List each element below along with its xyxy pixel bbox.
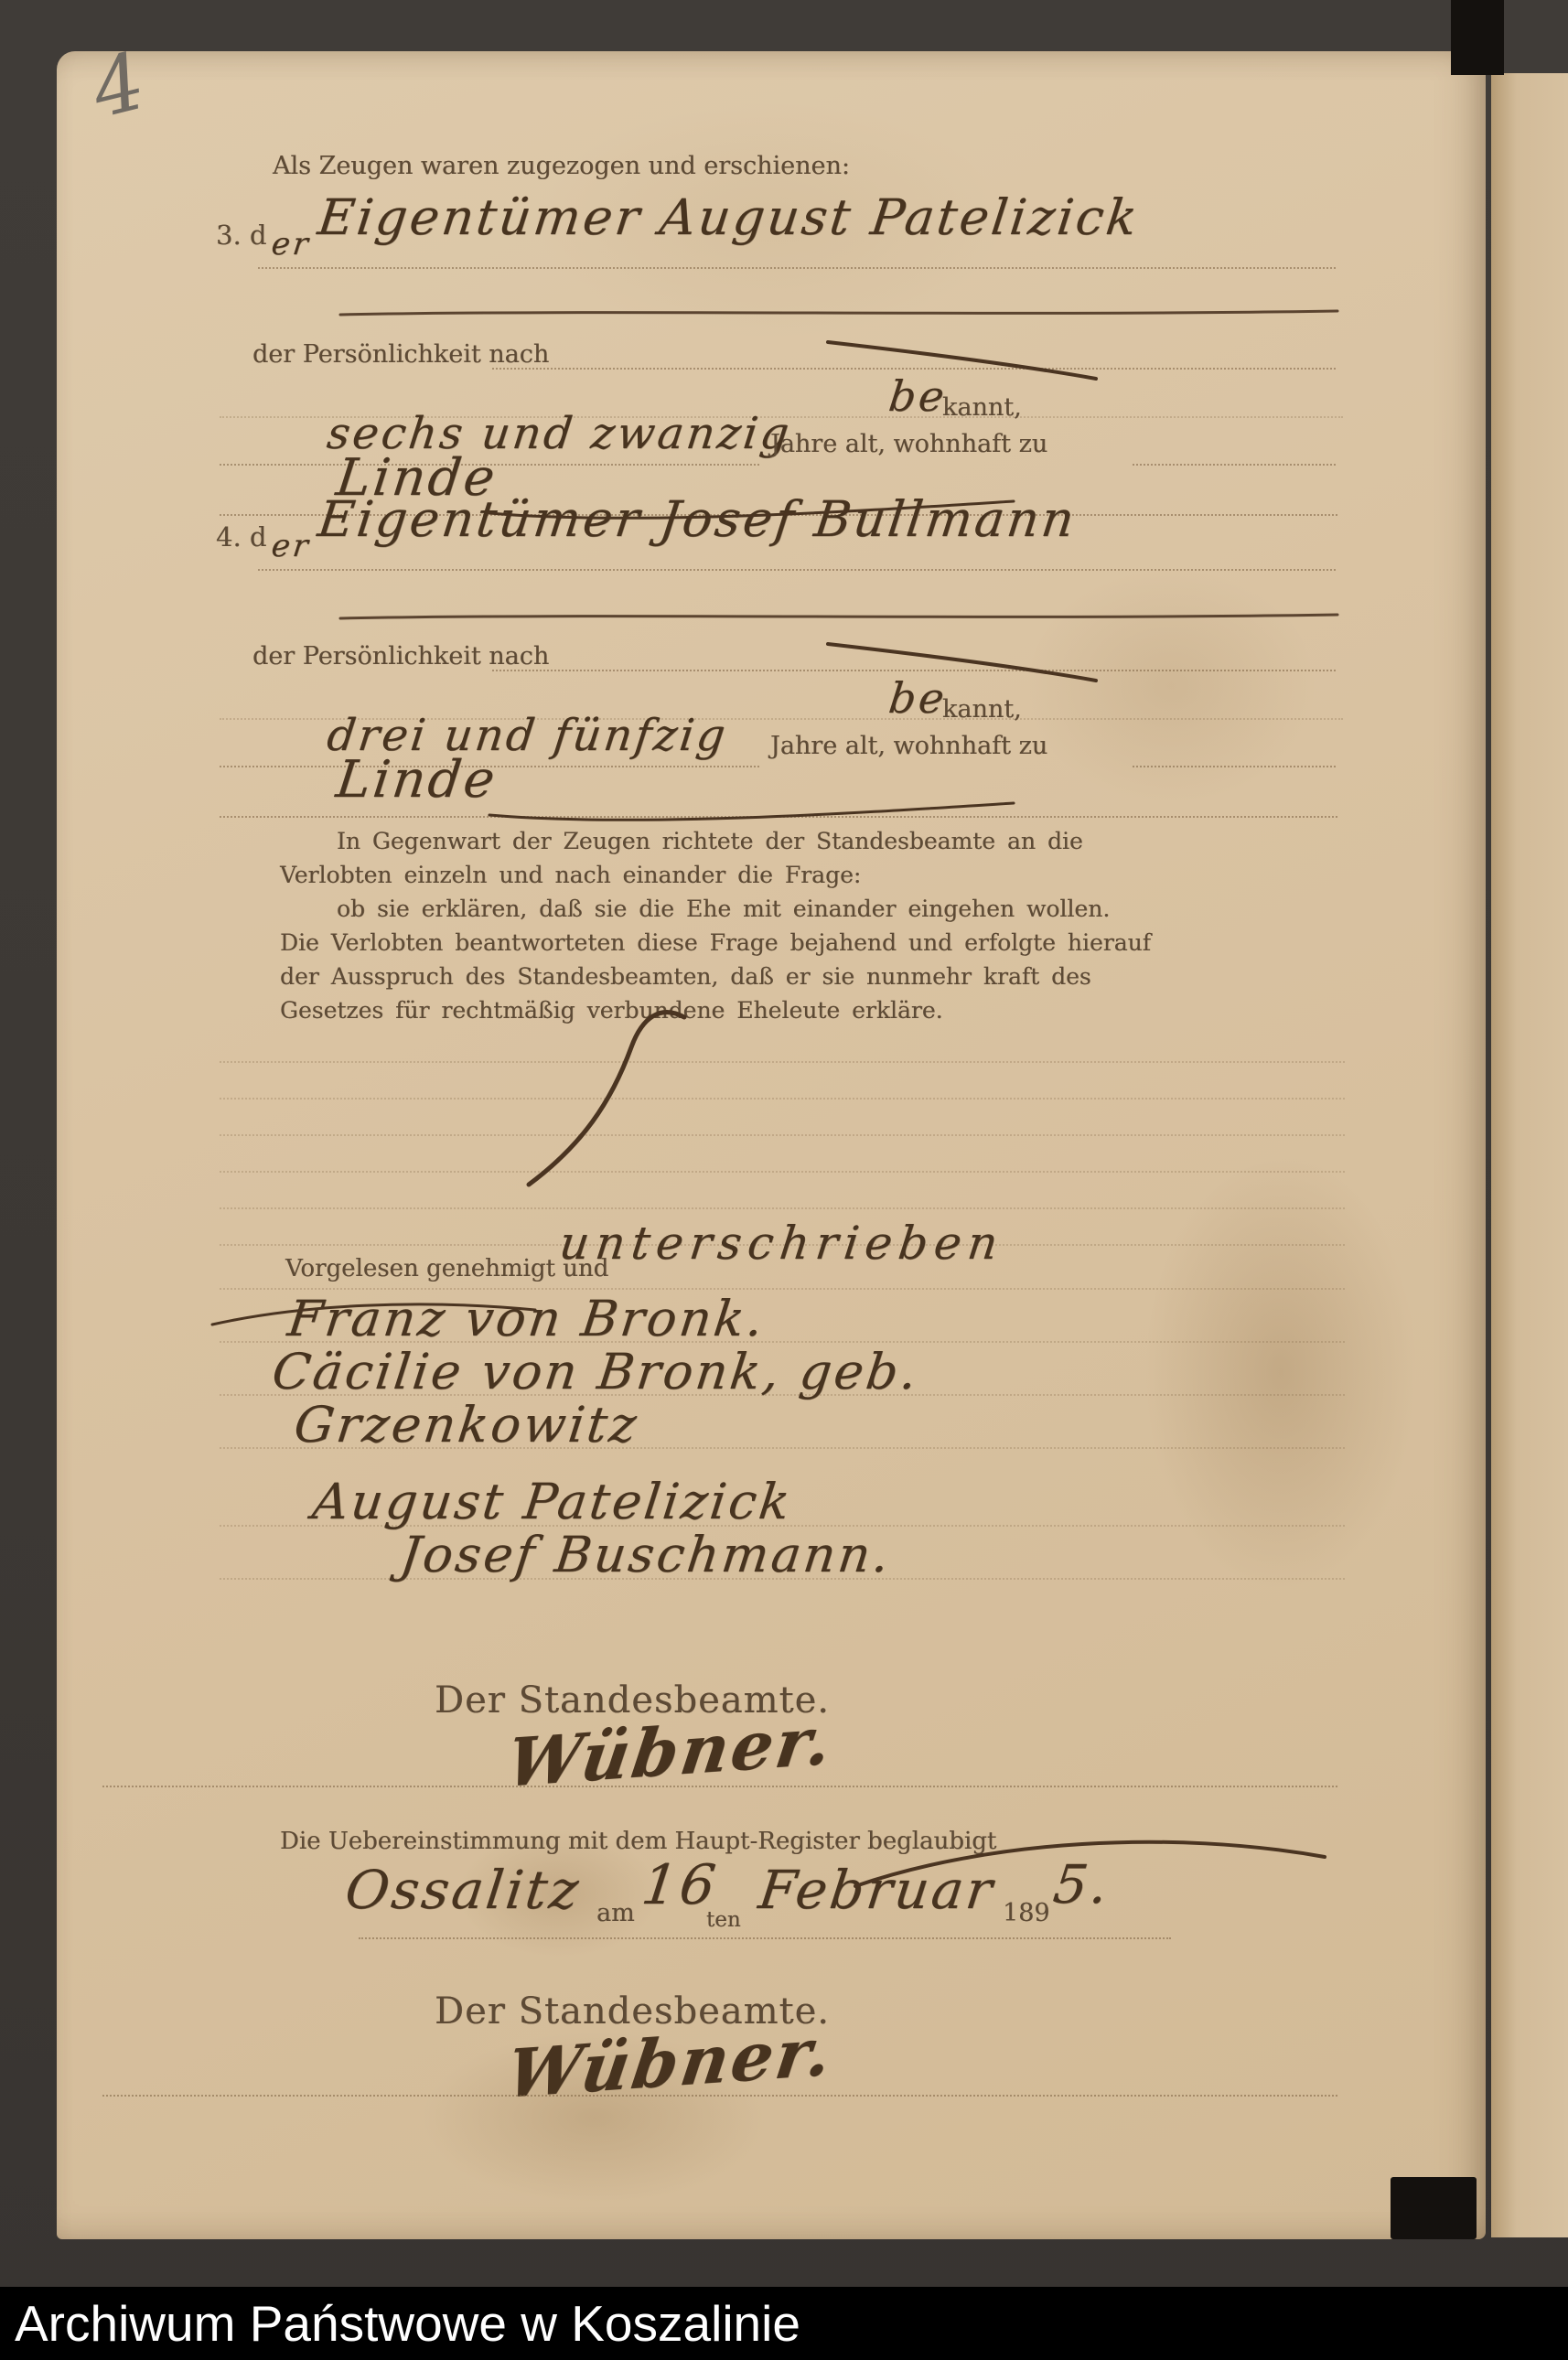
signature-groom: Franz von Bronk. [285,1290,768,1347]
ruled-line [220,1207,1345,1209]
ruled-line [359,1937,1171,1939]
witness3-personality-label: der Persönlichkeit nach [252,340,549,369]
signature-witness3: August Patelizick [309,1473,795,1530]
archive-caption-bar: Archiwum Państwowe w Koszalinie [0,2287,1568,2360]
witness4-residence-handwriting: Linde [333,750,500,810]
ruled-line [258,267,1336,269]
witness4-name-handwriting: Eigentümer Josef Bullmann [315,490,1079,548]
ceremony-line: In Gegenwart der Zeugen richtete der Sta… [337,828,1083,854]
witness4-article-handwriting: er [270,528,313,564]
date-year-prefix: 189 [1003,1899,1050,1927]
ruled-line [220,1171,1345,1173]
ruled-line [220,816,1337,818]
ruled-line [492,670,1336,671]
witnesses-header: Als Zeugen waren zugezogen und erschiene… [273,152,850,180]
signature-witness4: Josef Buschmann. [397,1526,895,1583]
witness3-number: 3. d [216,220,266,251]
ceremony-line: Gesetzes für rechtmäßig verbundene Ehele… [280,997,943,1024]
ruled-line [1133,766,1336,767]
certification-line: Die Uebereinstimmung mit dem Haupt-Regis… [280,1828,996,1855]
date-ordinal-suffix: ten [706,1908,741,1932]
ruled-line [220,1061,1345,1063]
ceremony-line: Verlobten einzeln und nach einander die … [280,862,861,888]
ceremony-line: ob sie erklären, daß sie die Ehe mit ein… [337,896,1110,922]
binding-clip-top [1451,0,1504,75]
date-place-handwriting: Ossalitz [342,1859,585,1921]
witness3-name-handwriting: Eigentümer August Patelizick [315,188,1143,246]
ruled-line [220,1098,1345,1100]
ruled-line [102,1786,1337,1787]
archive-scan-canvas: 4 Als Zeugen waren zugezogen und erschie… [0,0,1568,2360]
witness4-known-suffix: kannt, [942,695,1022,724]
closing-word-handwriting: unterschrieben [556,1217,1006,1270]
archive-name-label: Archiwum Państwowe w Koszalinie [15,2294,800,2353]
date-year-digit-handwriting: 5. [1050,1853,1114,1915]
facing-page-edge [1491,73,1568,2237]
witness4-age-suffix: Jahre alt, wohnhaft zu [770,732,1047,760]
witness3-article-handwriting: er [270,226,313,263]
ceremony-line: der Ausspruch des Standesbeamten, daß er… [280,963,1091,990]
ruled-line [258,569,1336,571]
witness4-personality-label: der Persönlichkeit nach [252,642,549,670]
ruled-line [102,2095,1337,2097]
ruled-line [1133,464,1336,466]
ruled-line [492,368,1336,370]
date-preposition: am [596,1899,635,1927]
witness3-known-handwriting: be [886,371,950,421]
witness4-number: 4. d [216,521,266,552]
ruled-line [220,1134,1345,1136]
date-month-handwriting: Februar [756,1859,998,1921]
witness3-known-suffix: kannt, [942,393,1022,422]
signature-bride: Cäcilie von Bronk, geb. [269,1343,922,1400]
witness3-age-suffix: Jahre alt, wohnhaft zu [770,430,1047,458]
signature-bride-maiden-name: Grzenkowitz [291,1396,642,1454]
binding-clip-bottom [1391,2177,1477,2239]
ceremony-line: Die Verlobten beantworteten diese Frage … [280,929,1151,956]
witness4-known-handwriting: be [886,673,950,723]
